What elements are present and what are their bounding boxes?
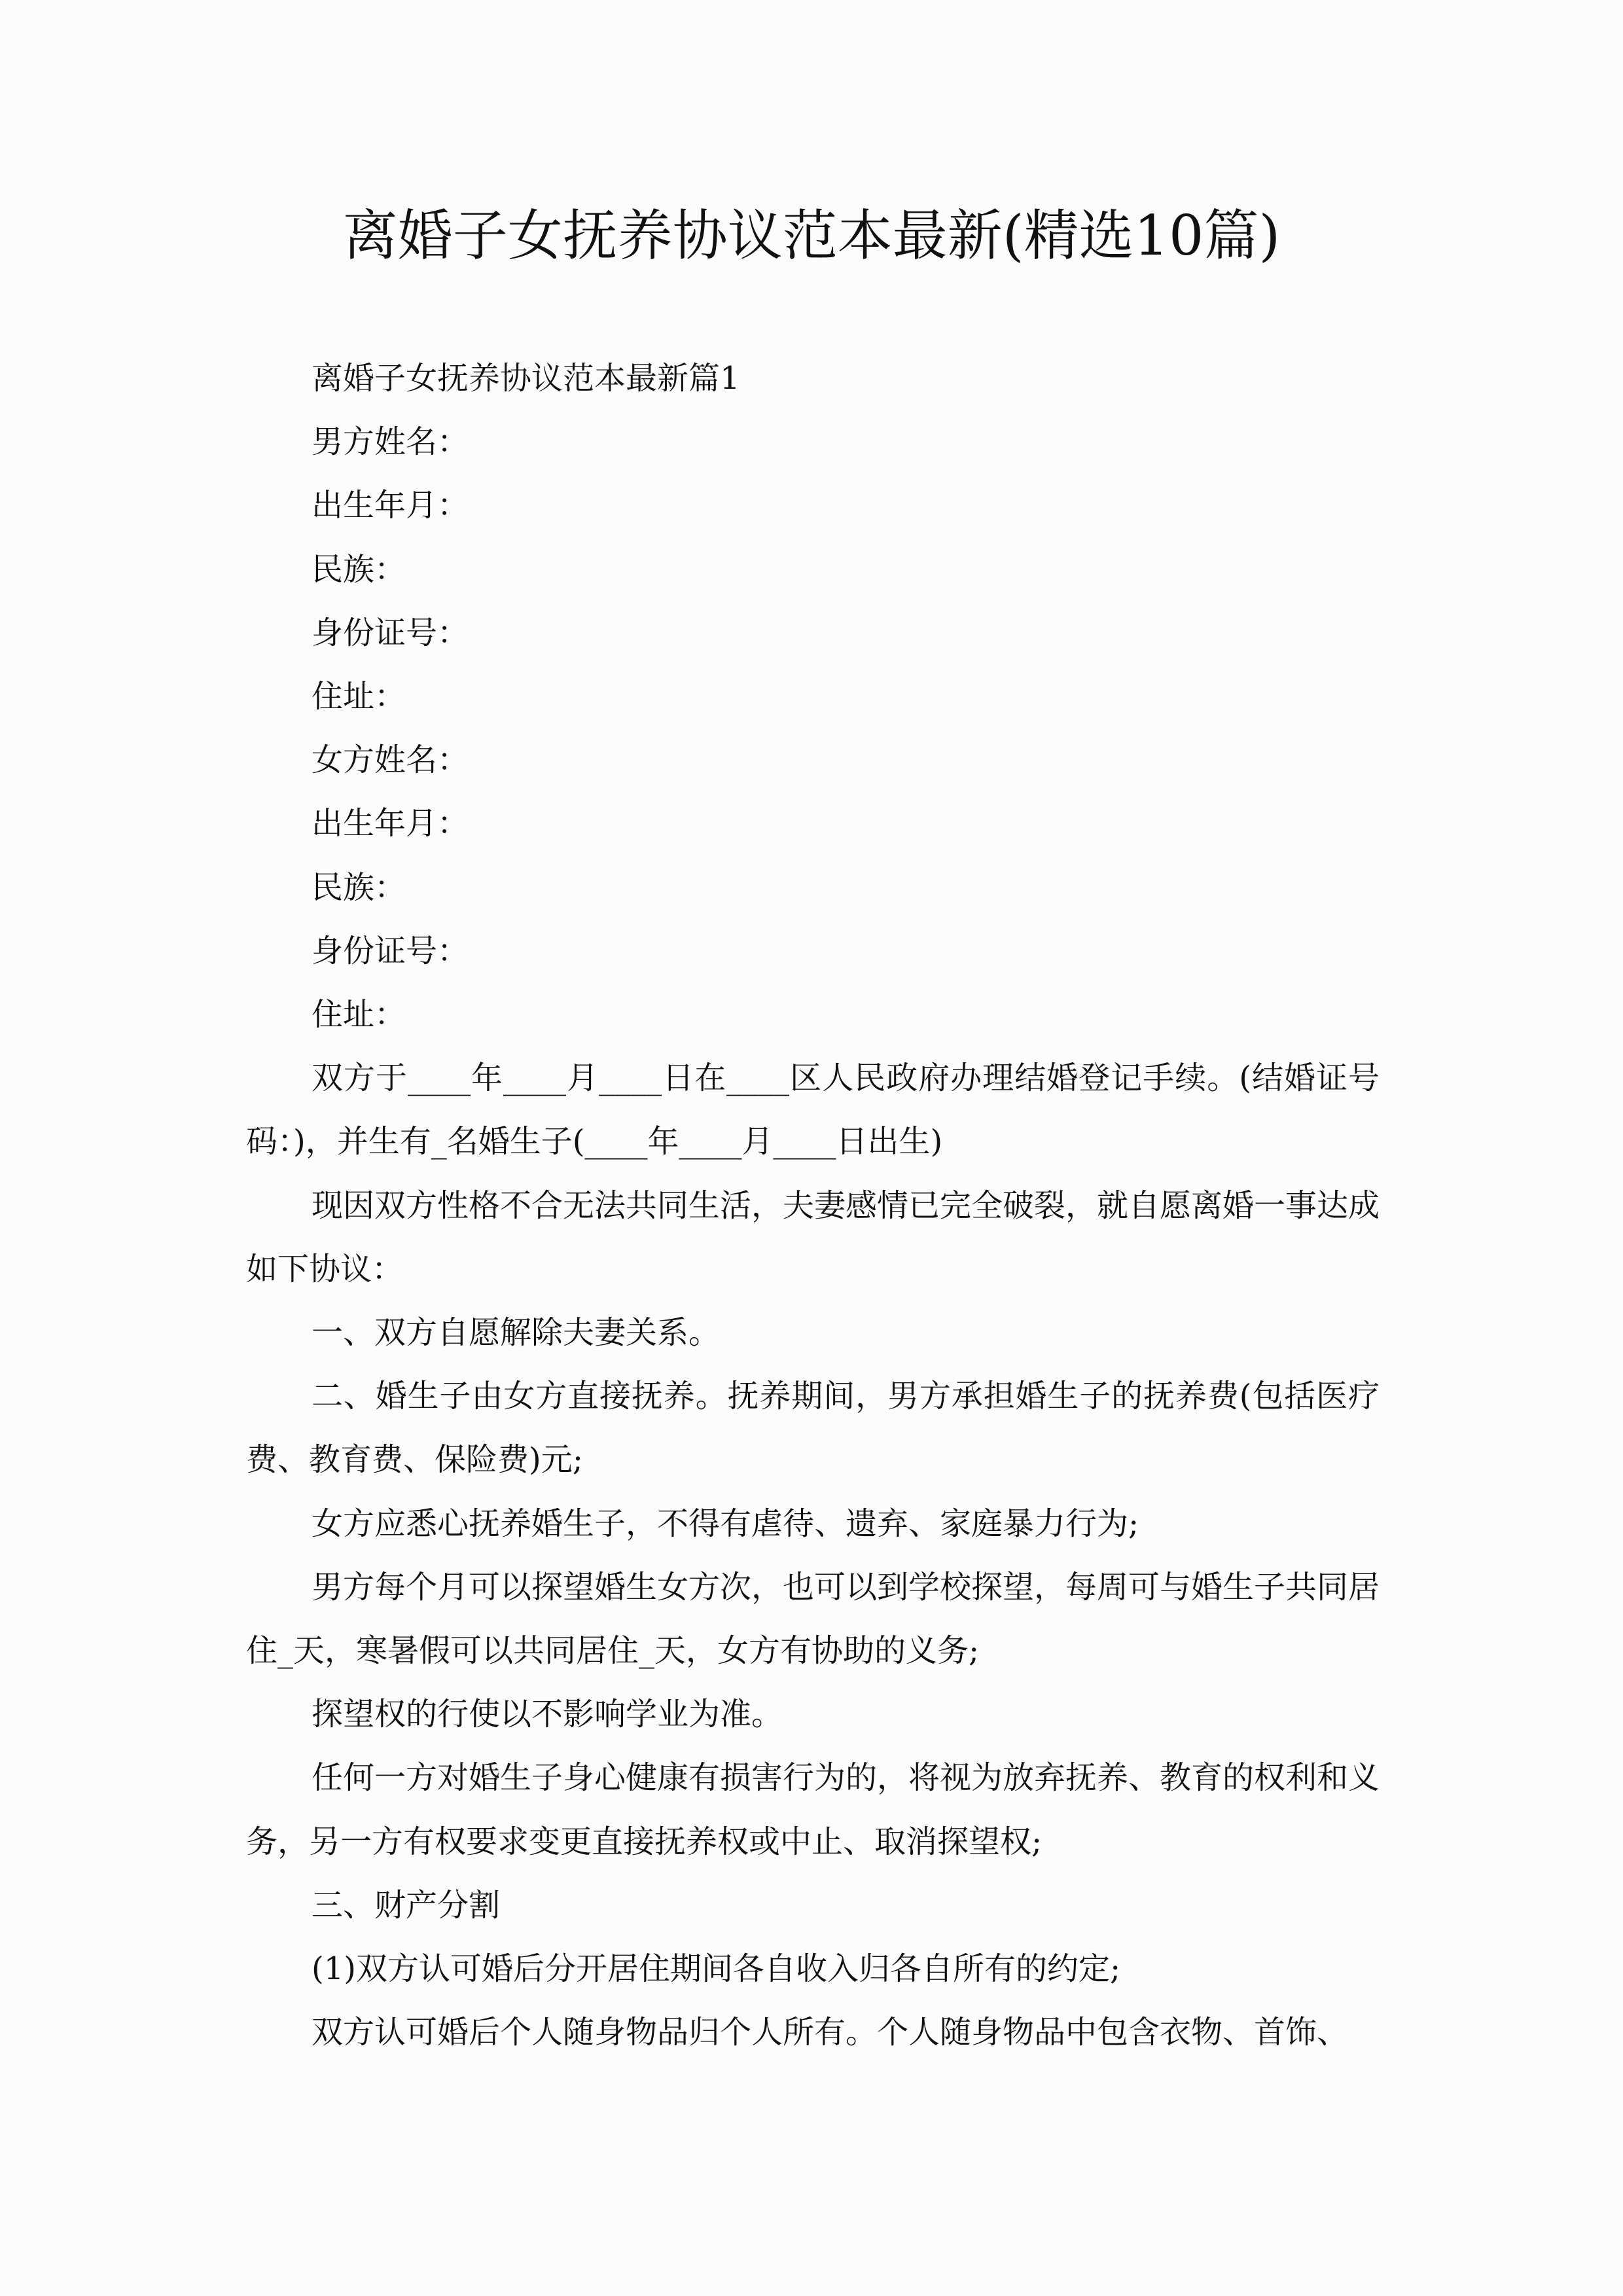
male-id-field: 身份证号： [246,601,1380,665]
divorce-reason-paragraph: 现因双方性格不合无法共同生活，夫妻感情已完全破裂，就自愿离婚一事达成如下协议： [246,1174,1380,1301]
visitation-paragraph: 男方每个月可以探望婚生女方次，也可以到学校探望，每周可与婚生子共同居住_天，寒暑… [246,1556,1380,1683]
harm-clause-paragraph: 任何一方对婚生子身心健康有损害行为的，将视为放弃抚养、教育的权利和义务，另一方有… [246,1746,1380,1873]
female-id-field: 身份证号： [246,920,1380,983]
marriage-registration-paragraph: 双方于____年____月____日在____区人民政府办理结婚登记手续。(结婚… [246,1047,1380,1174]
document-page: 离婚子女抚养协议范本最新(精选10篇) 离婚子女抚养协议范本最新篇1 男方姓名：… [0,0,1623,2296]
clause-two: 二、婚生子由女方直接抚养。抚养期间，男方承担婚生子的抚养费(包括医疗费、教育费、… [246,1365,1380,1492]
female-name-field: 女方姓名： [246,728,1380,792]
clause-three-heading: 三、财产分割 [246,1874,1380,1937]
female-birth-field: 出生年月： [246,792,1380,855]
visitation-limit-paragraph: 探望权的行使以不影响学业为准。 [246,1683,1380,1746]
section-heading: 离婚子女抚养协议范本最新篇1 [246,347,1380,410]
clause-one: 一、双方自愿解除夫妻关系。 [246,1301,1380,1365]
male-birth-field: 出生年月： [246,474,1380,537]
document-title: 离婚子女抚养协议范本最新(精选10篇) [0,196,1623,275]
male-ethnicity-field: 民族： [246,538,1380,601]
document-body: 离婚子女抚养协议范本最新篇1 男方姓名： 出生年月： 民族： 身份证号： 住址：… [246,347,1380,2064]
property-item-one: (1)双方认可婚后分开居住期间各自收入归各自所有的约定; [246,1937,1380,2001]
female-address-field: 住址： [246,983,1380,1047]
male-address-field: 住址： [246,665,1380,728]
personal-belongings-paragraph: 双方认可婚后个人随身物品归个人所有。个人随身物品中包含衣物、首饰、 [246,2001,1380,2064]
custody-duty-paragraph: 女方应悉心抚养婚生子，不得有虐待、遗弃、家庭暴力行为; [246,1492,1380,1556]
male-name-field: 男方姓名： [246,410,1380,474]
female-ethnicity-field: 民族： [246,856,1380,920]
